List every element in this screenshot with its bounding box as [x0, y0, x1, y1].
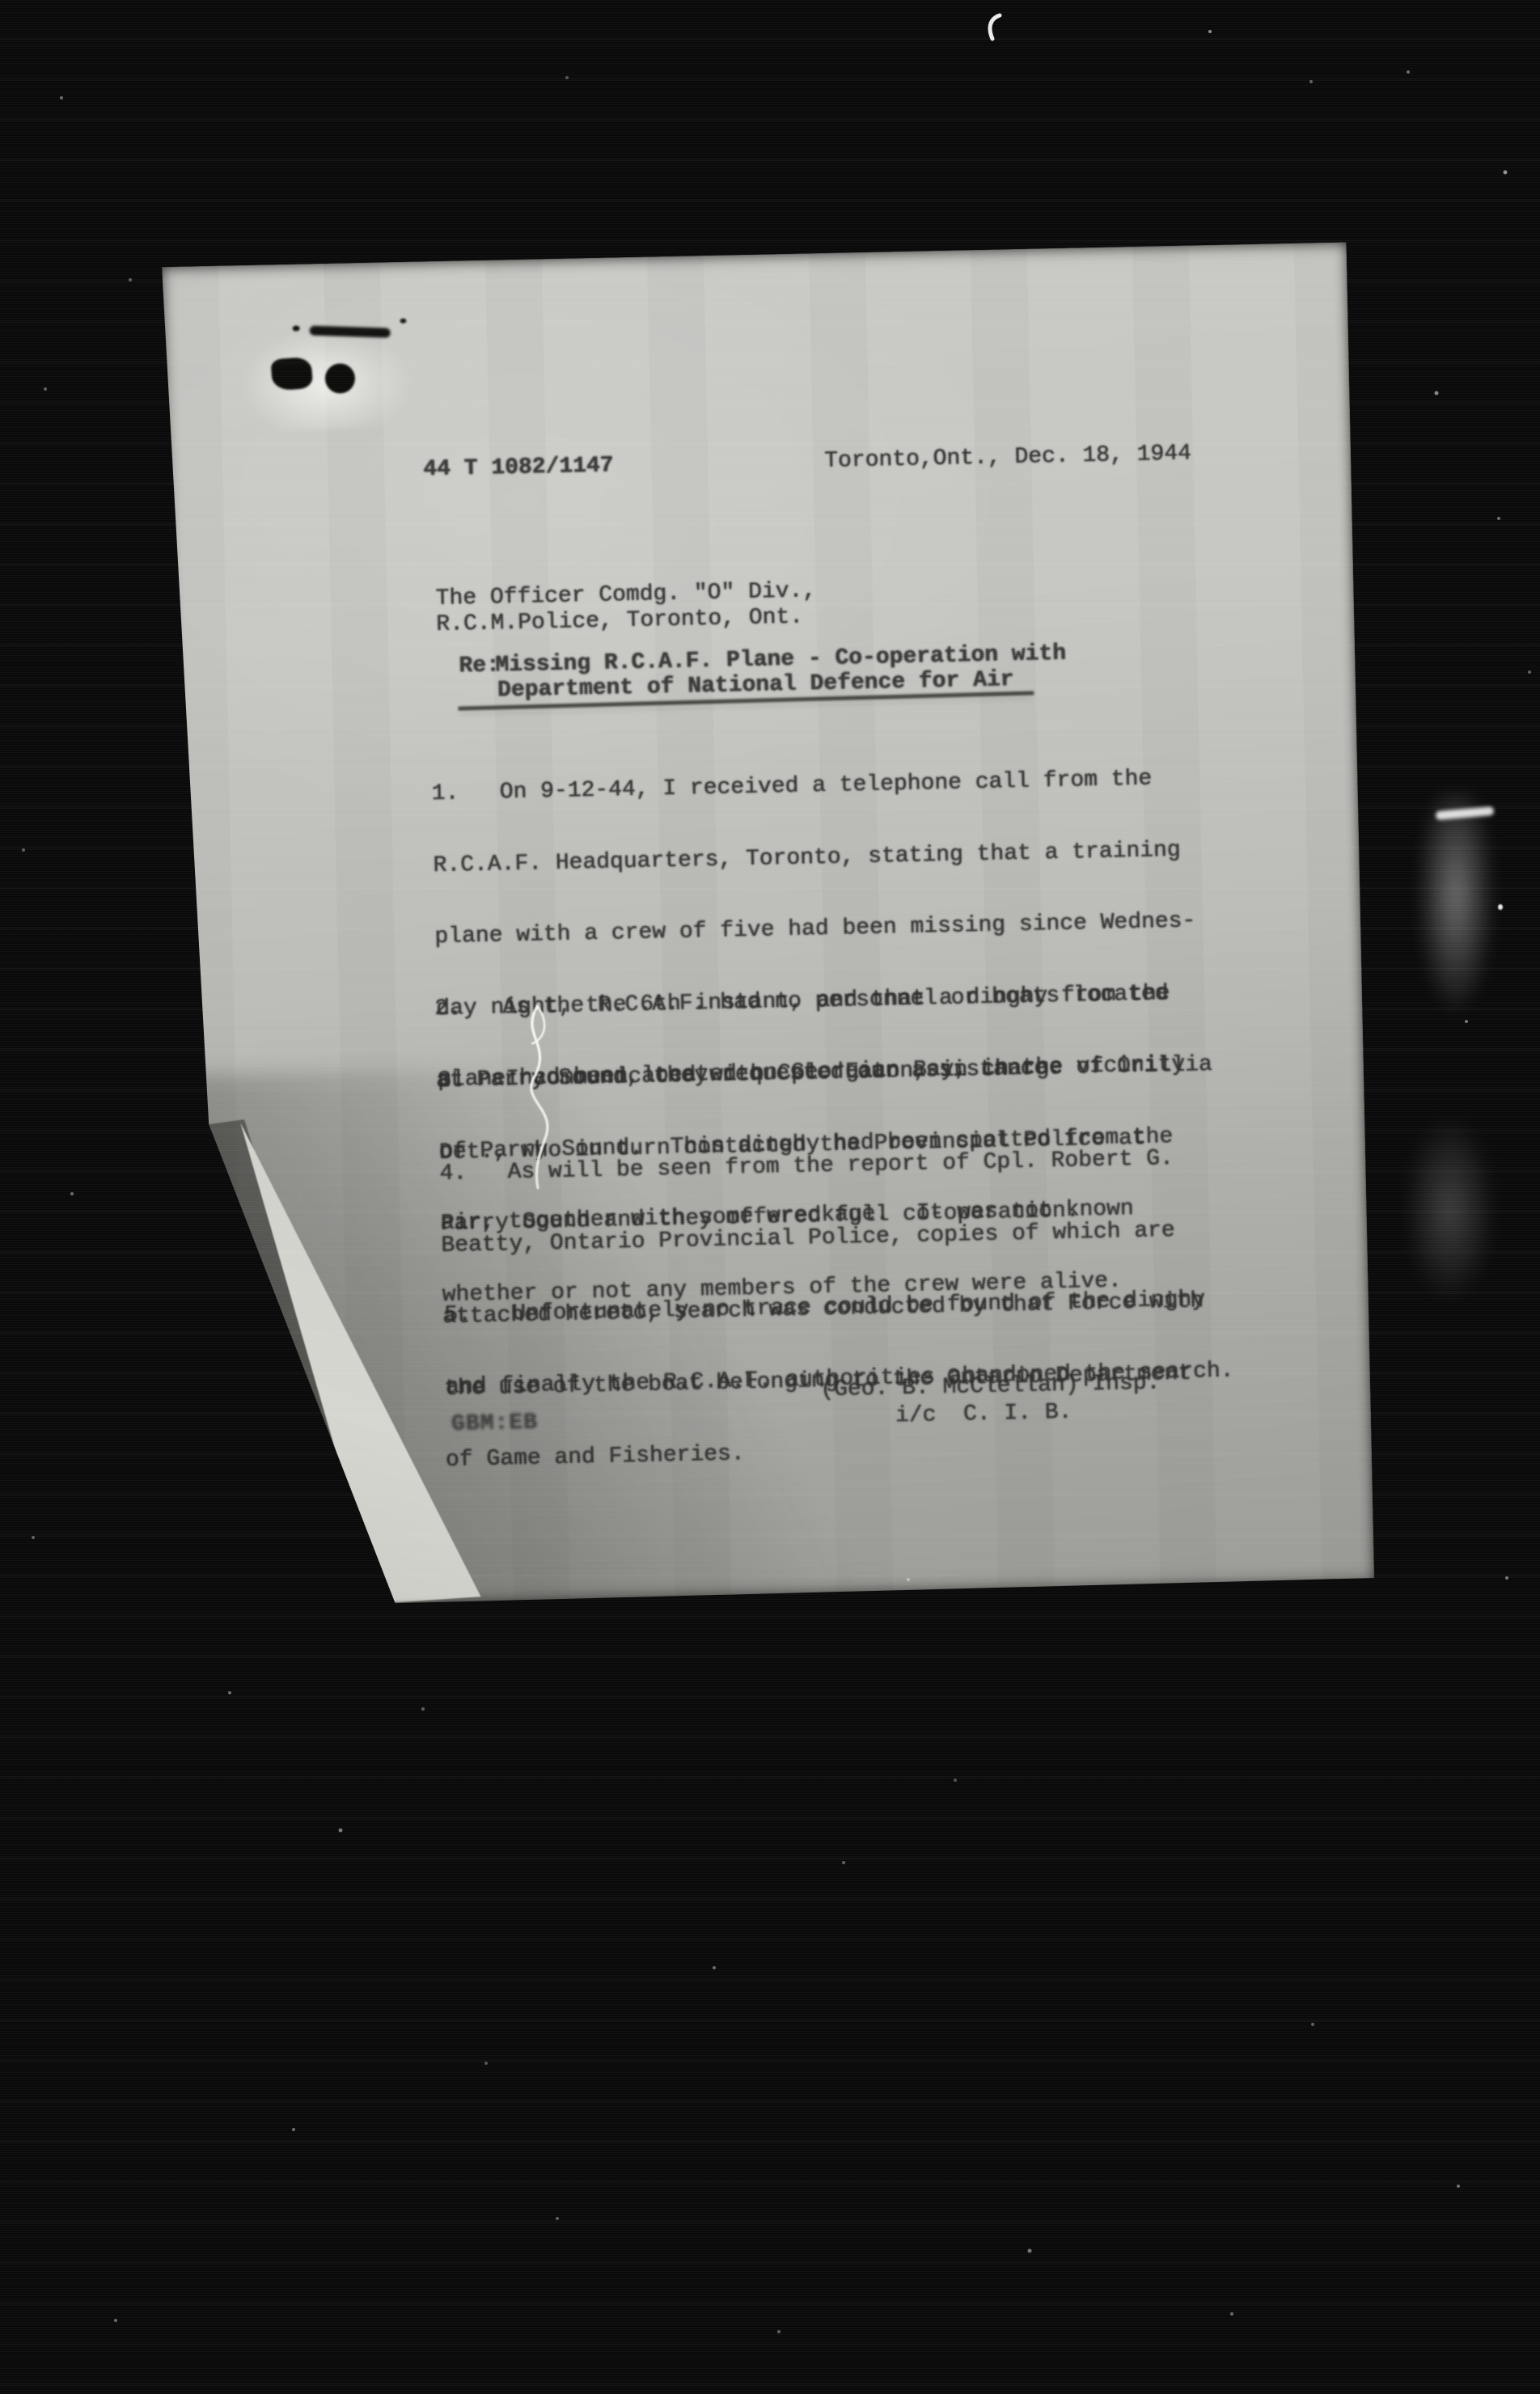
- ink-speck: [400, 319, 406, 324]
- film-curl-artifact: [980, 13, 1008, 42]
- file-number: 44 T 1082/1147: [423, 454, 614, 481]
- dust-specks: [0, 0, 2, 2]
- dust-speck-large: [1498, 904, 1503, 910]
- document-page: 44 T 1082/1147 Toronto,Ont., Dec. 18, 19…: [162, 242, 1374, 1607]
- paragraph-line: R.C.A.F. Headquarters, Toronto, stating …: [433, 838, 1194, 878]
- film-streak: [1403, 1112, 1496, 1306]
- subject-prefix: Re:: [459, 653, 500, 679]
- paragraph-line: 1. On 9-12-44, I received a telephone ca…: [431, 766, 1192, 806]
- dateline: Toronto,Ont., Dec. 18, 1944: [824, 442, 1191, 473]
- microfilm-scan-background: 44 T 1082/1147 Toronto,Ont., Dec. 18, 19…: [0, 0, 1540, 2394]
- ink-blob-mark: [270, 357, 313, 391]
- film-streak: [1415, 793, 1496, 1019]
